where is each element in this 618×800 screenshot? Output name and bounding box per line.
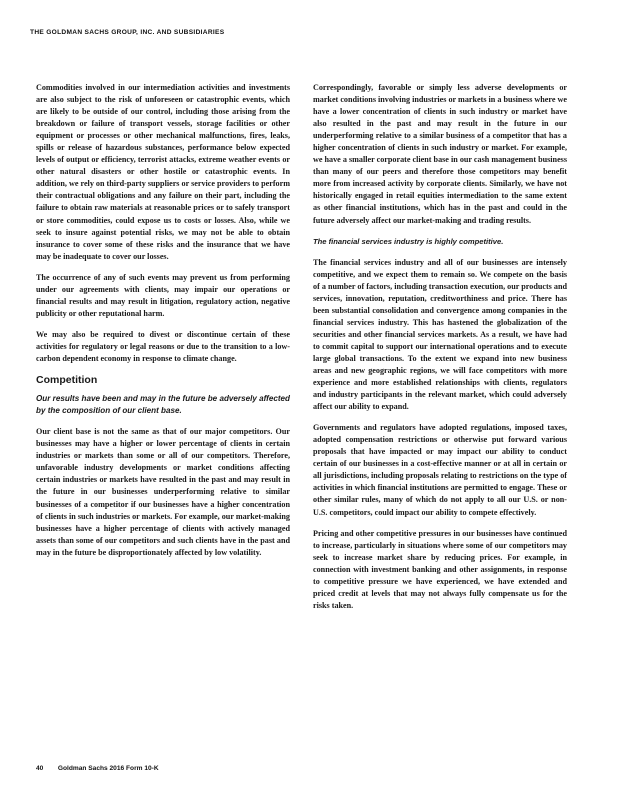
right-column: Correspondingly, favorable or simply les…	[313, 82, 567, 621]
risk-heading-client-base: Our results have been and may in the fut…	[36, 393, 290, 417]
page-number: 40	[36, 765, 56, 772]
paragraph-divest-activities: We may also be required to divest or dis…	[36, 329, 290, 365]
paragraph-client-base: Our client base is not the same as that …	[36, 426, 290, 559]
running-header: The Goldman Sachs Group, Inc. and Subsid…	[30, 29, 224, 36]
paragraph-intense-competition: The financial services industry and all …	[313, 257, 567, 414]
risk-heading-competitive-industry: The financial services industry is highl…	[313, 236, 567, 248]
publication-title: Goldman Sachs 2016 Form 10-K	[58, 765, 159, 772]
page-footer: 40 Goldman Sachs 2016 Form 10-K	[36, 765, 159, 772]
paragraph-commodities-risk: Commodities involved in our intermediati…	[36, 82, 290, 263]
left-column: Commodities involved in our intermediati…	[36, 82, 290, 568]
paragraph-correspondingly: Correspondingly, favorable or simply les…	[313, 82, 567, 227]
paragraph-pricing-pressure: Pricing and other competitive pressures …	[313, 528, 567, 612]
section-heading-competition: Competition	[36, 374, 290, 387]
paragraph-events-impact: The occurrence of any of such events may…	[36, 272, 290, 320]
paragraph-regulations: Governments and regulators have adopted …	[313, 422, 567, 518]
